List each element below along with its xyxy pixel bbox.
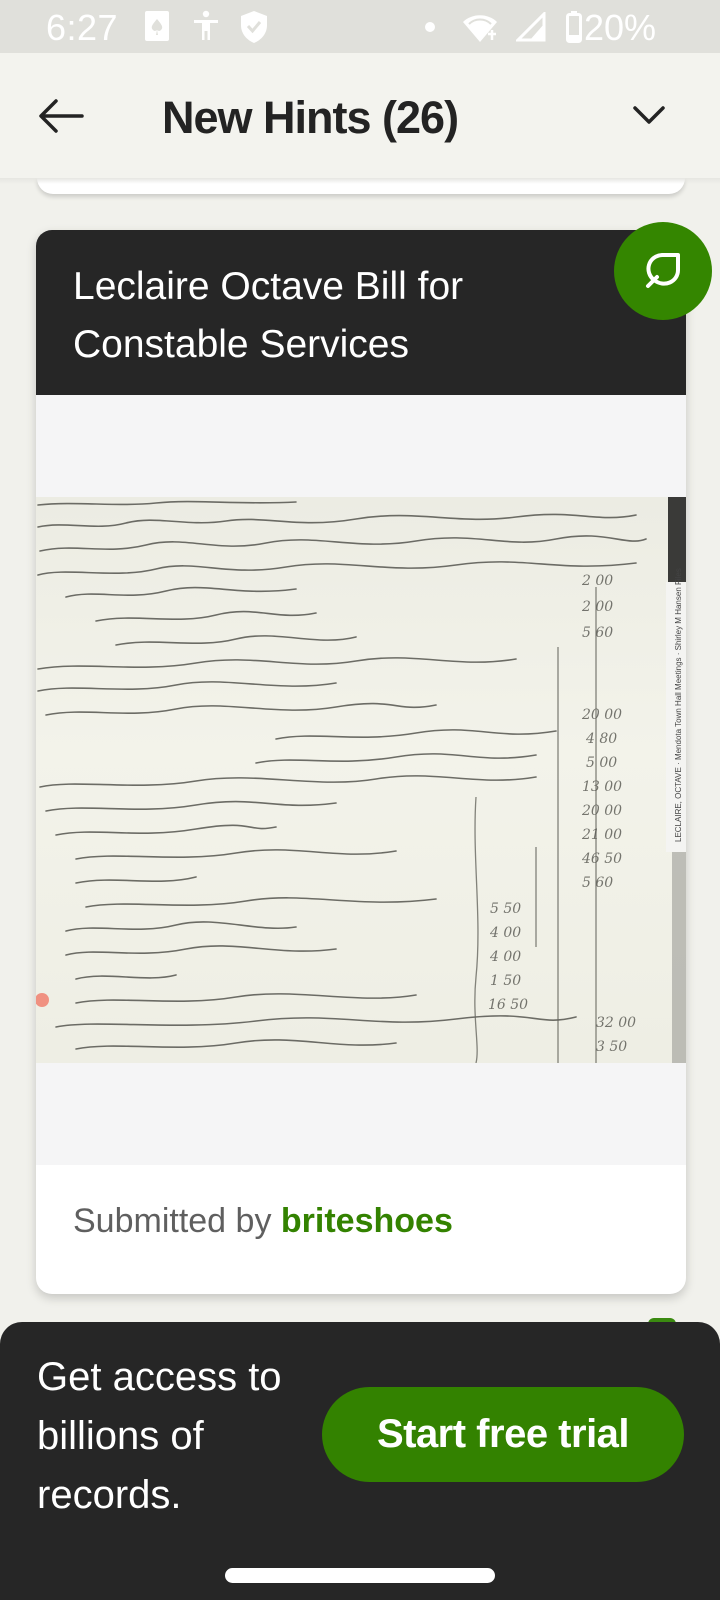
chevron-down-icon [629, 100, 669, 130]
svg-text:21 00: 21 00 [581, 827, 622, 843]
hint-card-header: Leclaire Octave Bill for Constable Servi… [36, 230, 686, 395]
wifi-plus-icon [462, 12, 498, 49]
svg-text:1 50: 1 50 [490, 973, 521, 989]
svg-text:5 00: 5 00 [586, 755, 617, 771]
page-title: New Hints (26) [162, 90, 458, 146]
svg-text:20 00: 20 00 [581, 803, 622, 819]
svg-text:4 80: 4 80 [585, 731, 617, 747]
arrow-left-icon [36, 96, 86, 136]
notification-dot-icon [424, 20, 436, 38]
handwritten-ledger-graphic: 2 002 005 60 20 004 805 00 13 0020 0021 … [36, 497, 686, 1063]
submitter-link[interactable]: briteshoes [281, 1202, 453, 1240]
cell-signal-icon [516, 12, 546, 47]
leaf-icon [640, 248, 686, 294]
home-gesture-handle[interactable] [225, 1568, 495, 1583]
hints-dropdown-button[interactable] [624, 96, 674, 136]
status-bar: 6:27 20% [0, 0, 720, 53]
svg-text:46 50: 46 50 [581, 851, 622, 867]
svg-text:13 00: 13 00 [582, 779, 622, 795]
shield-check-icon [240, 10, 268, 49]
record-image-area: 2 002 005 60 20 004 805 00 13 0020 0021 … [36, 395, 686, 1165]
svg-text:3 50: 3 50 [596, 1039, 627, 1055]
start-free-trial-button[interactable]: Start free trial [322, 1387, 684, 1482]
promo-banner: Get access to billions of records. Start… [0, 1322, 720, 1600]
svg-text:2 00: 2 00 [581, 599, 613, 615]
status-time: 6:27 [46, 8, 118, 48]
svg-text:5 60: 5 60 [582, 875, 613, 891]
svg-text:5 60: 5 60 [582, 625, 613, 641]
record-image[interactable]: 2 002 005 60 20 004 805 00 13 0020 0021 … [36, 497, 686, 1063]
submitted-by-label: Submitted by [73, 1202, 271, 1240]
svg-text:32 00: 32 00 [596, 1015, 636, 1031]
hint-card[interactable]: Leclaire Octave Bill for Constable Servi… [36, 230, 686, 1294]
svg-text:4 00: 4 00 [489, 949, 521, 965]
hint-badge-button[interactable] [614, 222, 712, 320]
solitaire-card-icon [144, 10, 170, 47]
svg-text:16 50: 16 50 [488, 997, 528, 1013]
battery-percent: 20% [584, 8, 656, 48]
submitted-by: Submitted by briteshoes [73, 1202, 453, 1241]
svg-text:LECLAIRE, OCTAVE · Mendota Tow: LECLAIRE, OCTAVE · Mendota Town Hall Mee… [674, 568, 683, 842]
svg-text:4 00: 4 00 [489, 925, 521, 941]
battery-icon [566, 11, 582, 48]
svg-text:2 00: 2 00 [581, 573, 613, 589]
hint-card-title: Leclaire Octave Bill for Constable Servi… [73, 258, 593, 374]
back-button[interactable] [36, 92, 86, 142]
app-bar-shadow [0, 178, 720, 184]
svg-text:20 00: 20 00 [581, 707, 622, 723]
promo-text: Get access to billions of records. [37, 1348, 287, 1525]
accessibility-icon [192, 10, 220, 47]
svg-text:5 50: 5 50 [490, 901, 521, 917]
